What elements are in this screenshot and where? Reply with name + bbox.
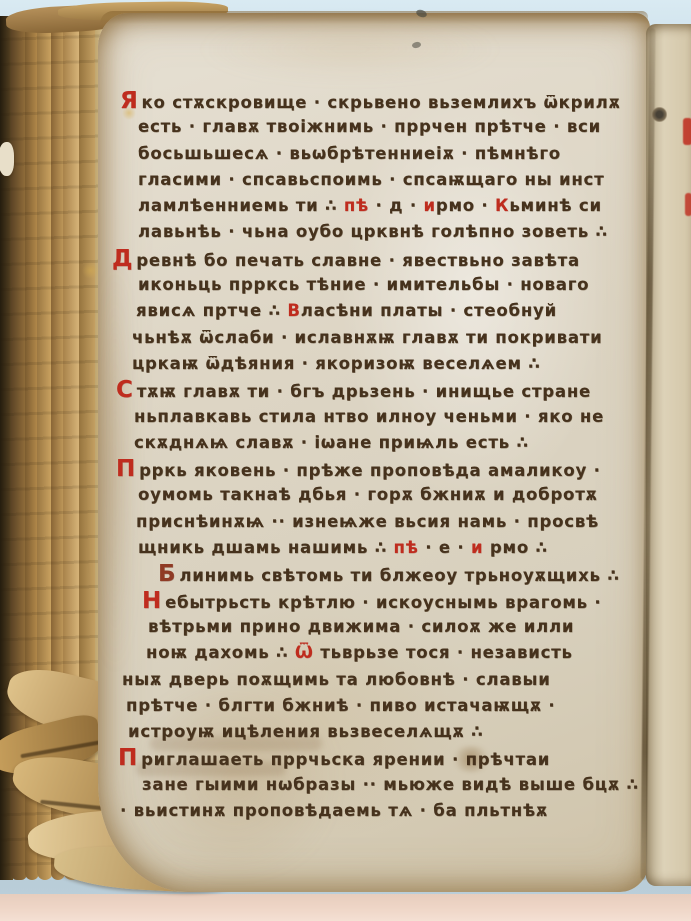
manuscript-text: ласѣни платы · стеобнуй [301, 301, 557, 320]
manuscript-text: · е · [419, 538, 471, 557]
manuscript-text: тѫѭ главѫ ти · бгъ дрьзень · инищье стра… [137, 382, 591, 401]
text-line: истроуѭ ицѣления вьзвеселѧщѫ ∴ [112, 719, 664, 745]
rubric-text: и [471, 538, 483, 557]
manuscript-text: ьминѣ си [509, 196, 602, 215]
manuscript-text: скѫднѧѩ славѫ · іѡане приѩль есть ∴ [134, 433, 529, 452]
manuscript-text: прѣтче · блгти бжниѣ · пиво истачаѭщѫ · [126, 696, 555, 715]
rubric-text: пѣ [394, 538, 419, 557]
parchment-notch [0, 142, 14, 176]
text-line: Блинимь свѣтомь ти блжеоу трьноуѫщихь ∴ [112, 561, 664, 587]
rubric-text: С [116, 377, 137, 403]
text-line: явисѧ пртче ∴ Власѣни платы · стеобнуй [112, 298, 664, 324]
manuscript-text: зане гыими нѡбразы ·· мьюже видѣ выше бц… [142, 775, 639, 794]
rubric-text: К [495, 196, 509, 215]
rubric-text: П [118, 745, 141, 771]
manuscript-text: · д · [369, 196, 423, 215]
text-line: прѣтче · блгти бжниѣ · пиво истачаѭщѫ · [112, 693, 664, 719]
manuscript-text: тьврьзе тося · независть [314, 643, 573, 662]
manuscript-text: ко стѫскровище · скрьвено вьземлихъ ѿкри… [142, 93, 621, 112]
manuscript-text: оумомь такнаѣ дбья · горѫ бжниѫ и доброт… [138, 485, 598, 504]
text-line: чьнѣѫ ѿслаби · иславнѫѭ главѫ ти покрива… [112, 325, 664, 351]
text-line: босьшьшесѧ · вьѡбрѣтенниеіѫ · пѣмнѣго [112, 141, 664, 167]
rubric-text: и [423, 196, 435, 215]
rubric-text: Б [158, 561, 179, 587]
text-line: цркаѭ ѿдѣяния · якоризоѭ веселѧем ∴ [112, 351, 664, 377]
text-line: Яко стѫскровище · скрьвено вьземлихъ ѿкр… [112, 88, 664, 114]
red-initial-bleed [683, 118, 691, 145]
manuscript-text: ламлѣенниемь ти ∴ [138, 196, 344, 215]
text-line: приснѣинѫѩ ·· изнеѩже вьсия намь · просв… [112, 509, 664, 535]
text-line: оумомь такнаѣ дбья · горѫ бжниѫ и доброт… [112, 482, 664, 508]
manuscript-text: цркаѭ ѿдѣяния · якоризоѭ веселѧем ∴ [132, 354, 541, 373]
text-line: Древнѣ бо печать славне · явествьно завѣ… [112, 246, 664, 272]
rubric-text: пѣ [344, 196, 369, 215]
rubric-text: П [116, 456, 139, 482]
text-line: лавьнѣь · чьна оубо црквнѣ голѣпно зовет… [112, 219, 664, 245]
pink-cloth-strip [0, 894, 691, 921]
text-line: ньплавкавь стила нтво илноу ченьми · яко… [112, 404, 664, 430]
manuscript-text: ноѭ дахомь ∴ [146, 643, 295, 662]
rubric-text: Д [112, 246, 136, 272]
rubric-text: Н [142, 588, 165, 614]
manuscript-text: · вьистинѫ проповѣдаемь тѧ · ба пльтнѣѫ [120, 801, 548, 820]
text-line: ноѭ дахомь ∴ Ѿ тьврьзе тося · независть [112, 640, 664, 666]
manuscript-text: приснѣинѫѩ ·· изнеѩже вьсия намь · просв… [136, 512, 599, 531]
manuscript-text: гласими · спсавьспоимь · спсаѭщаго ны ин… [138, 170, 604, 189]
manuscript-text: истроуѭ ицѣления вьзвеселѧщѫ ∴ [128, 722, 483, 741]
manuscript-text: риглашаеть пррчьска ярении · прѣчтаи [141, 750, 550, 769]
rubric-text: Я [120, 88, 142, 114]
manuscript-photo: Яко стѫскровище · скрьвено вьземлихъ ѿкр… [0, 0, 691, 921]
text-line: Приглашаеть пррчьска ярении · прѣчтаи [112, 745, 664, 771]
manuscript-text: рркь яковень · прѣже проповѣда амаликоу … [139, 461, 601, 480]
text-line: Небытрьсть крѣтлю · искоуснымь врагомь · [112, 588, 664, 614]
text-line: · вьистинѫ проповѣдаемь тѧ · ба пльтнѣѫ [112, 798, 664, 824]
rubric-text: Ѿ [295, 643, 314, 662]
text-block: Яко стѫскровище · скрьвено вьземлихъ ѿкр… [112, 88, 664, 824]
text-line: есть · главѫ твоіжнимь · пррчен прѣтче ·… [112, 114, 664, 140]
text-line: скѫднѧѩ славѫ · іѡане приѩль есть ∴ [112, 430, 664, 456]
manuscript-text: рмо ∴ [483, 538, 547, 557]
manuscript-text: босьшьшесѧ · вьѡбрѣтенниеіѫ · пѣмнѣго [138, 144, 561, 163]
text-line: вѣтрьми прино движима · силоѫ же илли [112, 614, 664, 640]
page-top-edge [100, 11, 648, 24]
text-line: ныѫ дверь поѫщимь та любовнѣ · славыи [112, 667, 664, 693]
text-line: гласими · спсавьспоимь · спсаѭщаго ны ин… [112, 167, 664, 193]
manuscript-text: ебытрьсть крѣтлю · искоуснымь врагомь · [165, 593, 601, 612]
manuscript-text: лавьнѣь · чьна оубо црквнѣ голѣпно зовет… [138, 222, 608, 241]
red-initial-bleed [685, 193, 691, 216]
manuscript-text: есть · главѫ твоіжнимь · пррчен прѣтче ·… [138, 117, 601, 136]
text-line: Стѫѭ главѫ ти · бгъ дрьзень · инищье стр… [112, 377, 664, 403]
manuscript-text: вѣтрьми прино движима · силоѫ же илли [148, 617, 574, 636]
manuscript-text: линимь свѣтомь ти блжеоу трьноуѫщихь ∴ [179, 566, 619, 585]
manuscript-text: явисѧ пртче ∴ [136, 301, 287, 320]
manuscript-text: чьнѣѫ ѿслаби · иславнѫѭ главѫ ти покрива… [132, 328, 603, 347]
text-line: ламлѣенниемь ти ∴ пѣ · д · ирмо · Кьминѣ… [112, 193, 664, 219]
manuscript-text: ревнѣ бо печать славне · явествьно завѣт… [136, 251, 580, 270]
rubric-text: В [287, 301, 300, 320]
text-line: иконьць пррксь тѣние · имительбы · новаг… [112, 272, 664, 298]
manuscript-text: щникь дшамь нашимь ∴ [138, 538, 394, 557]
manuscript-text: иконьць пррксь тѣние · имительбы · новаг… [138, 275, 589, 294]
text-line: щникь дшамь нашимь ∴ пѣ · е · и рмо ∴ [112, 535, 664, 561]
text-line: зане гыими нѡбразы ·· мьюже видѣ выше бц… [112, 772, 664, 798]
manuscript-text: рмо · [436, 196, 495, 215]
manuscript-text: ныѫ дверь поѫщимь та любовнѣ · славыи [122, 670, 551, 689]
manuscript-text: ньплавкавь стила нтво илноу ченьми · яко… [134, 407, 604, 426]
text-line: Прркь яковень · прѣже проповѣда амаликоу… [112, 456, 664, 482]
